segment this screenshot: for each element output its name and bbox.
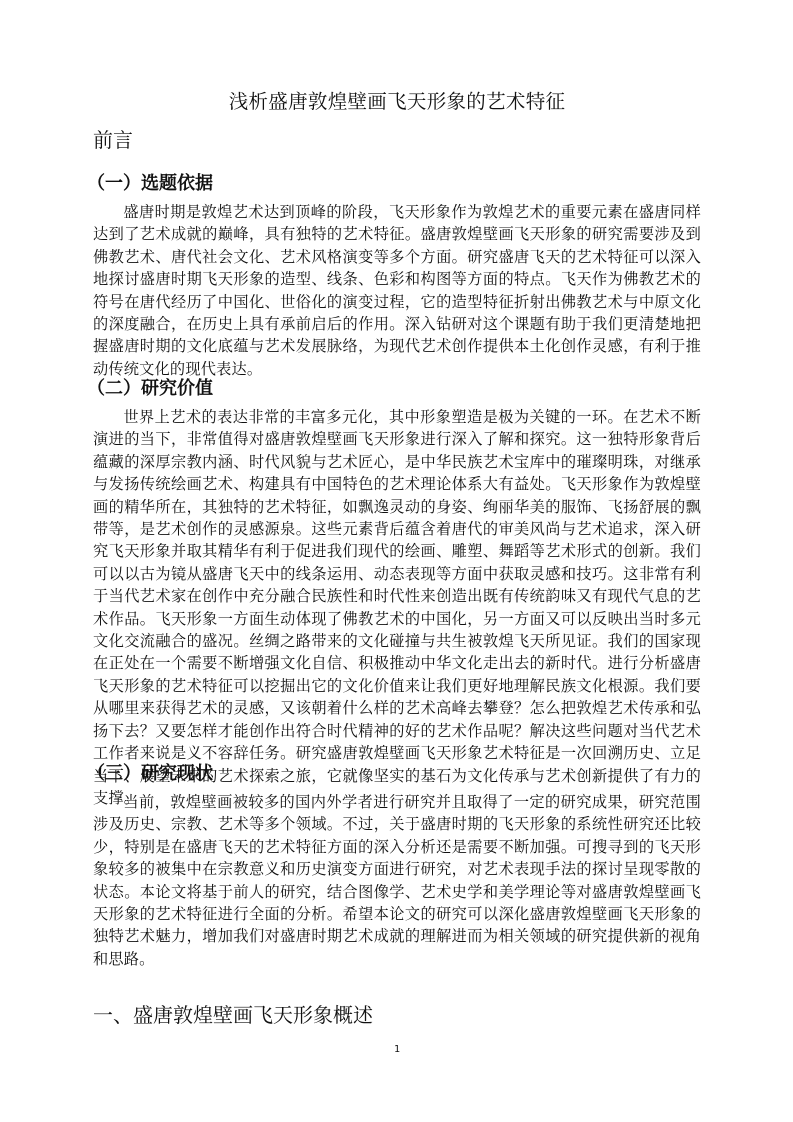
section-paragraph-basis: 盛唐时期是敦煌艺术达到顶峰的阶段，飞天形象作为敦煌艺术的重要元素在盛唐同样达到了… bbox=[93, 201, 701, 380]
section-paragraph-value: 世界上艺术的表达非常的丰富多元化，其中形象塑造是极为关键的一环。在艺术不断演进的… bbox=[93, 406, 701, 809]
section-paragraph-status: 当前，敦煌壁画被较多的国内外学者进行研究并且取得了一定的研究成果，研究范围涉及历… bbox=[93, 791, 701, 970]
section-heading-value: （二）研究价值 bbox=[87, 374, 213, 400]
chapter-heading: 一、盛唐敦煌壁画飞天形象概述 bbox=[93, 999, 373, 1028]
document-title: 浅析盛唐敦煌壁画飞天形象的艺术特征 bbox=[93, 86, 701, 114]
page-number: 1 bbox=[93, 1044, 701, 1055]
section-heading-basis: （一）选题依据 bbox=[87, 169, 213, 195]
section-heading-status: （三）研究现状 bbox=[87, 759, 213, 785]
preface-heading: 前言 bbox=[93, 124, 133, 153]
